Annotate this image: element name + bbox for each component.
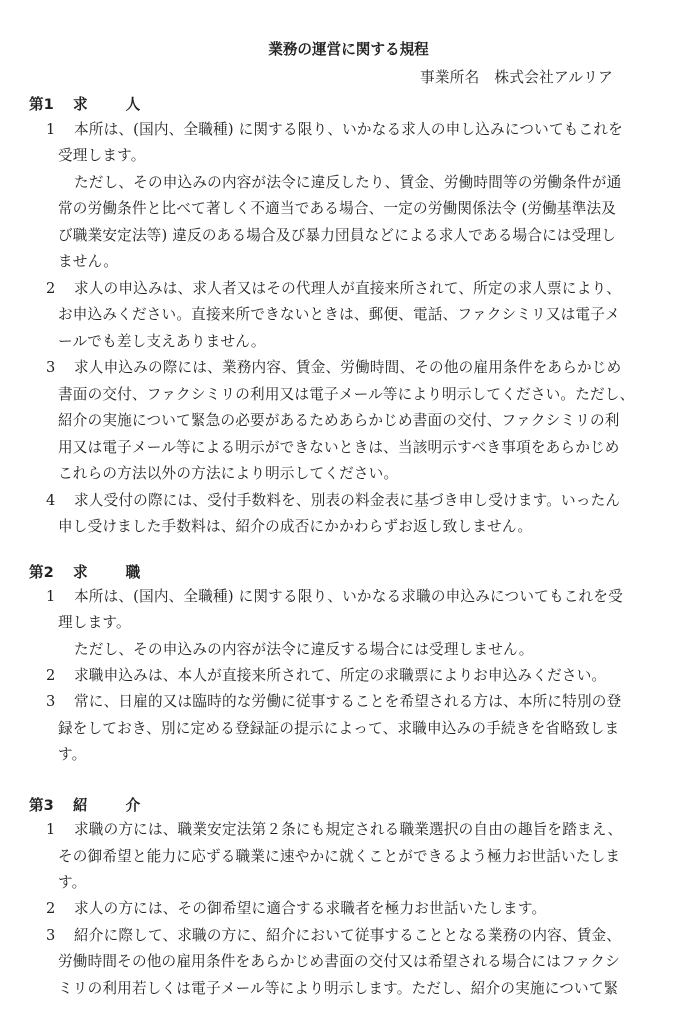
- section-name: 求人: [73, 96, 178, 113]
- office-name: 事業所名 株式会社アルリア: [420, 66, 613, 87]
- paragraph-line: 求人申込みの際には、業務内容、賃金、労働時間、その他の雇用条件をあらかじめ: [74, 359, 621, 377]
- paragraph-line: 本所は、(国内、全職種) に関する限り、いかなる求人の申し込みについてもこれを: [74, 121, 623, 139]
- paragraph-line: 求職の方には、職業安定法第２条にも規定される職業選択の自由の趣旨を踏まえ、: [74, 821, 622, 839]
- item-number: 3: [46, 693, 55, 710]
- section-name: 紹介: [73, 797, 178, 814]
- paragraph-line: 紹介に際して、求職の方に、紹介において従事することとなる業務の内容、賃金、: [74, 927, 621, 945]
- section-name: 求職: [73, 564, 178, 581]
- paragraph-line: ただし、その申込みの内容が法令に違反したり、賃金、労働時間等の労働条件が通: [74, 174, 621, 192]
- paragraph-line: 常の労働条件と比べて著しく不適当である場合、一定の労働関係法令 (労働基準法及: [58, 200, 616, 218]
- section-number: 第1: [29, 93, 73, 114]
- paragraph-line: これらの方法以外の方法により明示してください。: [58, 465, 398, 483]
- paragraph-line: す。: [58, 746, 86, 764]
- paragraph-line: その御希望と能力に応ずる職業に速やかに就くことができるよう極力お世話いたしま: [58, 848, 620, 866]
- section-number: 第3: [29, 794, 73, 815]
- paragraph-line: ミリの利用若しくは電子メール等により明示します。ただし、紹介の実施について緊: [58, 980, 618, 998]
- item-number: 3: [46, 927, 55, 944]
- paragraph-line: 申し受けました手数料は、紹介の成否にかかわらずお返し致しません。: [58, 518, 532, 536]
- paragraph-line: ールでも差し支えありません。: [58, 333, 266, 351]
- paragraph-line: お申込みください。直接来所できないときは、郵便、電話、ファクシミリ又は電子メ: [58, 306, 620, 324]
- document-page: 業務の運営に関する規程 事業所名 株式会社アルリア 第1求人 1 本所は、(国内…: [0, 0, 697, 1024]
- paragraph-line: ただし、その申込みの内容が法令に違反する場合には受理しません。: [74, 641, 534, 659]
- paragraph-line: 理します。: [58, 614, 131, 632]
- paragraph-line: 求人受付の際には、受付手数料を、別表の料金表に基づき申し受けます。いったん: [74, 492, 620, 510]
- paragraph-line: 書面の交付、ファクシミリの利用又は電子メール等により明示してください。ただし、: [58, 386, 634, 404]
- paragraph-line: 紹介の実施について緊急の必要があるためあらかじめ書面の交付、ファクシミリの利: [58, 412, 620, 430]
- paragraph-line: び職業安定法等) 違反のある場合及び暴力団員などによる求人である場合には受理し: [58, 227, 616, 245]
- paragraph-line: ません。: [58, 253, 118, 271]
- paragraph-line: 用又は電子メール等による明示ができないときは、当該明示すべき事項をあらかじめ: [58, 439, 620, 457]
- item-number: 2: [46, 667, 55, 684]
- paragraph-line: 求人の方には、その御希望に適合する求職者を極力お世話いたします。: [74, 900, 546, 918]
- item-number: 2: [46, 900, 55, 917]
- section-number: 第2: [29, 561, 73, 582]
- document-title: 業務の運営に関する規程: [0, 38, 697, 59]
- item-number: 3: [46, 359, 55, 376]
- paragraph-line: 本所は、(国内、全職種) に関する限り、いかなる求職の申込みについてもこれを受: [74, 588, 623, 606]
- item-number: 1: [46, 121, 55, 138]
- paragraph-line: 受理します。: [58, 147, 146, 165]
- item-number: 1: [46, 821, 55, 838]
- item-number: 1: [46, 588, 55, 605]
- paragraph-line: 労働時間その他の雇用条件をあらかじめ書面の交付又は希望される場合にはファクシ: [58, 953, 620, 971]
- paragraph-line: す。: [58, 874, 86, 892]
- paragraph-line: 録をしておき、別に定める登録証の提示によって、求職申込みの手続きを省略致しま: [58, 720, 619, 738]
- section-heading-1: 第1求人: [29, 93, 178, 114]
- paragraph-line: 常に、日雇的又は臨時的な労働に従事することを希望される方は、本所に特別の登: [74, 693, 621, 711]
- item-number: 4: [46, 492, 55, 509]
- section-heading-2: 第2求職: [29, 561, 178, 582]
- paragraph-line: 求職申込みは、本人が直接来所されて、所定の求職票によりお申込みください。: [74, 667, 606, 685]
- item-number: 2: [46, 280, 55, 297]
- section-heading-3: 第3紹介: [29, 794, 178, 815]
- paragraph-line: 求人の申込みは、求人者又はその代理人が直接来所されて、所定の求人票により、: [74, 280, 621, 298]
